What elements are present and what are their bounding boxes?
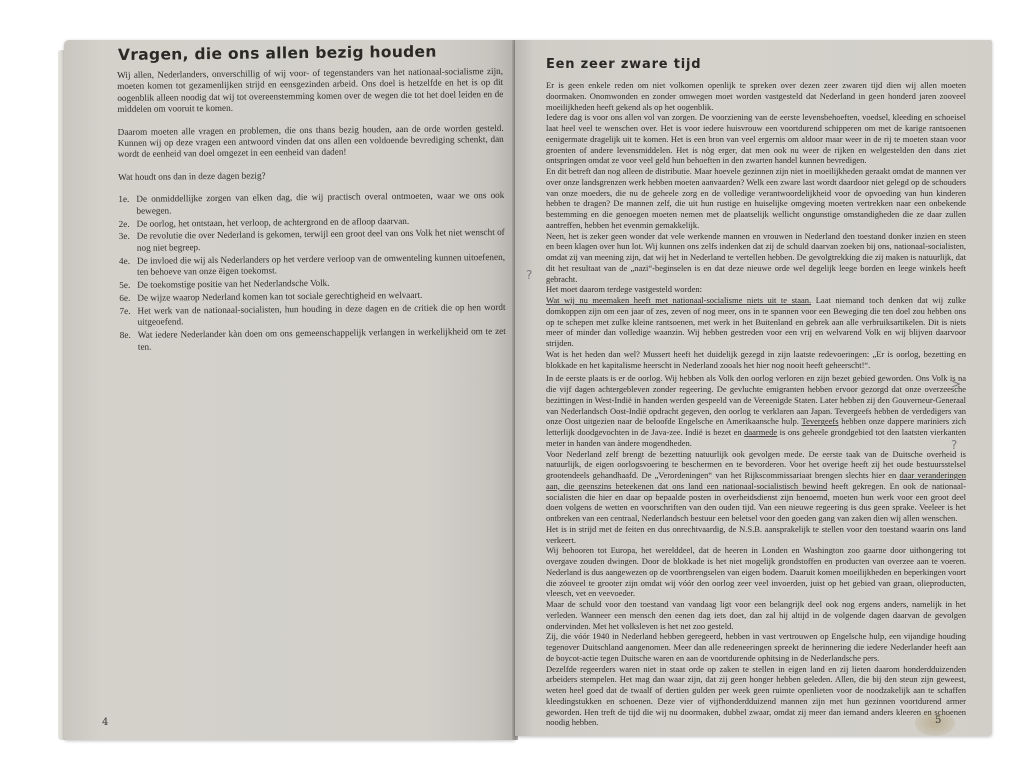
- intro-paragraph: Wij allen, Nederlanders, onverschillig o…: [117, 66, 503, 116]
- pencil-question-mark: ?: [951, 438, 957, 452]
- list-item: 8e.Wat iedere Nederlander kàn doen om on…: [120, 326, 506, 353]
- paragraph: Het moet daarom terdege vastgesteld word…: [546, 284, 966, 295]
- paragraph: Er is geen enkele reden om niet volkomen…: [546, 80, 966, 112]
- concerns-list: 1e.De onmiddellijke zorgen van elken dag…: [118, 190, 506, 353]
- list-number: 3e.: [119, 231, 130, 243]
- underlined-daarmede: daarmede: [744, 427, 777, 437]
- paragraph: Wat is het heden dan wel? Mussert heeft …: [546, 349, 966, 371]
- paragraph: Iedere dag is voor ons allen vol van zor…: [546, 112, 966, 166]
- page-number-right: 5: [935, 715, 941, 726]
- paragraph: Maar de schuld voor den toestand van van…: [546, 599, 966, 631]
- list-item: 1e.De onmiddellijke zorgen van elken dag…: [118, 190, 504, 217]
- left-page-body: Wij allen, Nederlanders, onverschillig o…: [117, 66, 506, 355]
- list-intro: Wat houdt ons dan in deze dagen bezig?: [118, 168, 504, 183]
- right-page-body: Er is geen enkele reden om niet volkomen…: [546, 80, 966, 728]
- paragraph: Dezelfde regeerders waren niet in staat …: [546, 664, 966, 729]
- list-text: Wat iedere Nederlander kàn doen om ons g…: [138, 326, 506, 351]
- underlined-phrase: Tevergeefs: [802, 416, 839, 426]
- pencil-question-mark: ?: [526, 268, 532, 282]
- list-text: Het werk van de nationaal-socialisten, h…: [137, 302, 505, 327]
- occupation-paragraph: Voor Nederland zelf brengt de bezetting …: [546, 449, 966, 524]
- statement-paragraph: Wat wij nu meemaken heeft met nationaal-…: [546, 295, 966, 349]
- list-number: 5e.: [119, 280, 130, 292]
- list-number: 1e.: [118, 194, 129, 206]
- right-page-title: Een zeer zware tijd: [546, 57, 701, 72]
- list-number: 6e.: [119, 293, 130, 305]
- list-item: 7e.Het werk van de nationaal-socialisten…: [119, 302, 505, 329]
- list-text: De invloed die wij als Nederlanders op h…: [137, 252, 505, 277]
- list-item: 4e.De invloed die wij als Nederlanders o…: [119, 252, 505, 279]
- pencil-arrow-mark: >: [951, 377, 961, 391]
- open-booklet-spread: Vragen, die ons allen bezig houden Wij a…: [0, 0, 1024, 768]
- list-number: 7e.: [119, 306, 130, 318]
- paragraph: Het is in strijd met de feiten en dus on…: [546, 524, 966, 546]
- list-item: 3e.De revolutie die over Nederland is ge…: [119, 227, 505, 254]
- list-text: De onmiddellijke zorgen van elken dag, d…: [136, 190, 504, 215]
- page-number-left: 4: [102, 717, 108, 728]
- paragraph: En dit betreft dan nog alleen de distrib…: [546, 166, 966, 231]
- list-text: De oorlog, het ontstaan, het verloop, de…: [137, 216, 410, 229]
- questions-paragraph: Daarom moeten alle vragen en problemen, …: [118, 123, 504, 161]
- paragraph: Neen, het is zeker geen wonder dat vele …: [546, 231, 966, 285]
- list-number: 2e.: [119, 218, 130, 230]
- underlined-statement: Wat wij nu meemaken heeft met nationaal-…: [546, 295, 811, 305]
- list-number: 8e.: [120, 330, 131, 342]
- paragraph: Zij, die vóór 1940 in Nederland hebben g…: [546, 631, 966, 663]
- paragraph: Wij behooren tot Europa, het werelddeel,…: [546, 545, 966, 599]
- war-paragraph: In de eerste plaats is er de oorlog. Wij…: [546, 373, 966, 448]
- left-page: Vragen, die ons allen bezig houden Wij a…: [64, 40, 515, 740]
- list-text: De wijze waarop Nederland komen kan tot …: [137, 290, 422, 303]
- right-page: Een zeer zware tijd Er is geen enkele re…: [515, 40, 992, 736]
- list-text: De revolutie die over Nederland is gekom…: [137, 227, 505, 252]
- list-text: De toekomstige positie van het Nederland…: [137, 278, 329, 290]
- list-number: 4e.: [119, 256, 130, 268]
- left-page-title: Vragen, die ons allen bezig houden: [118, 43, 437, 64]
